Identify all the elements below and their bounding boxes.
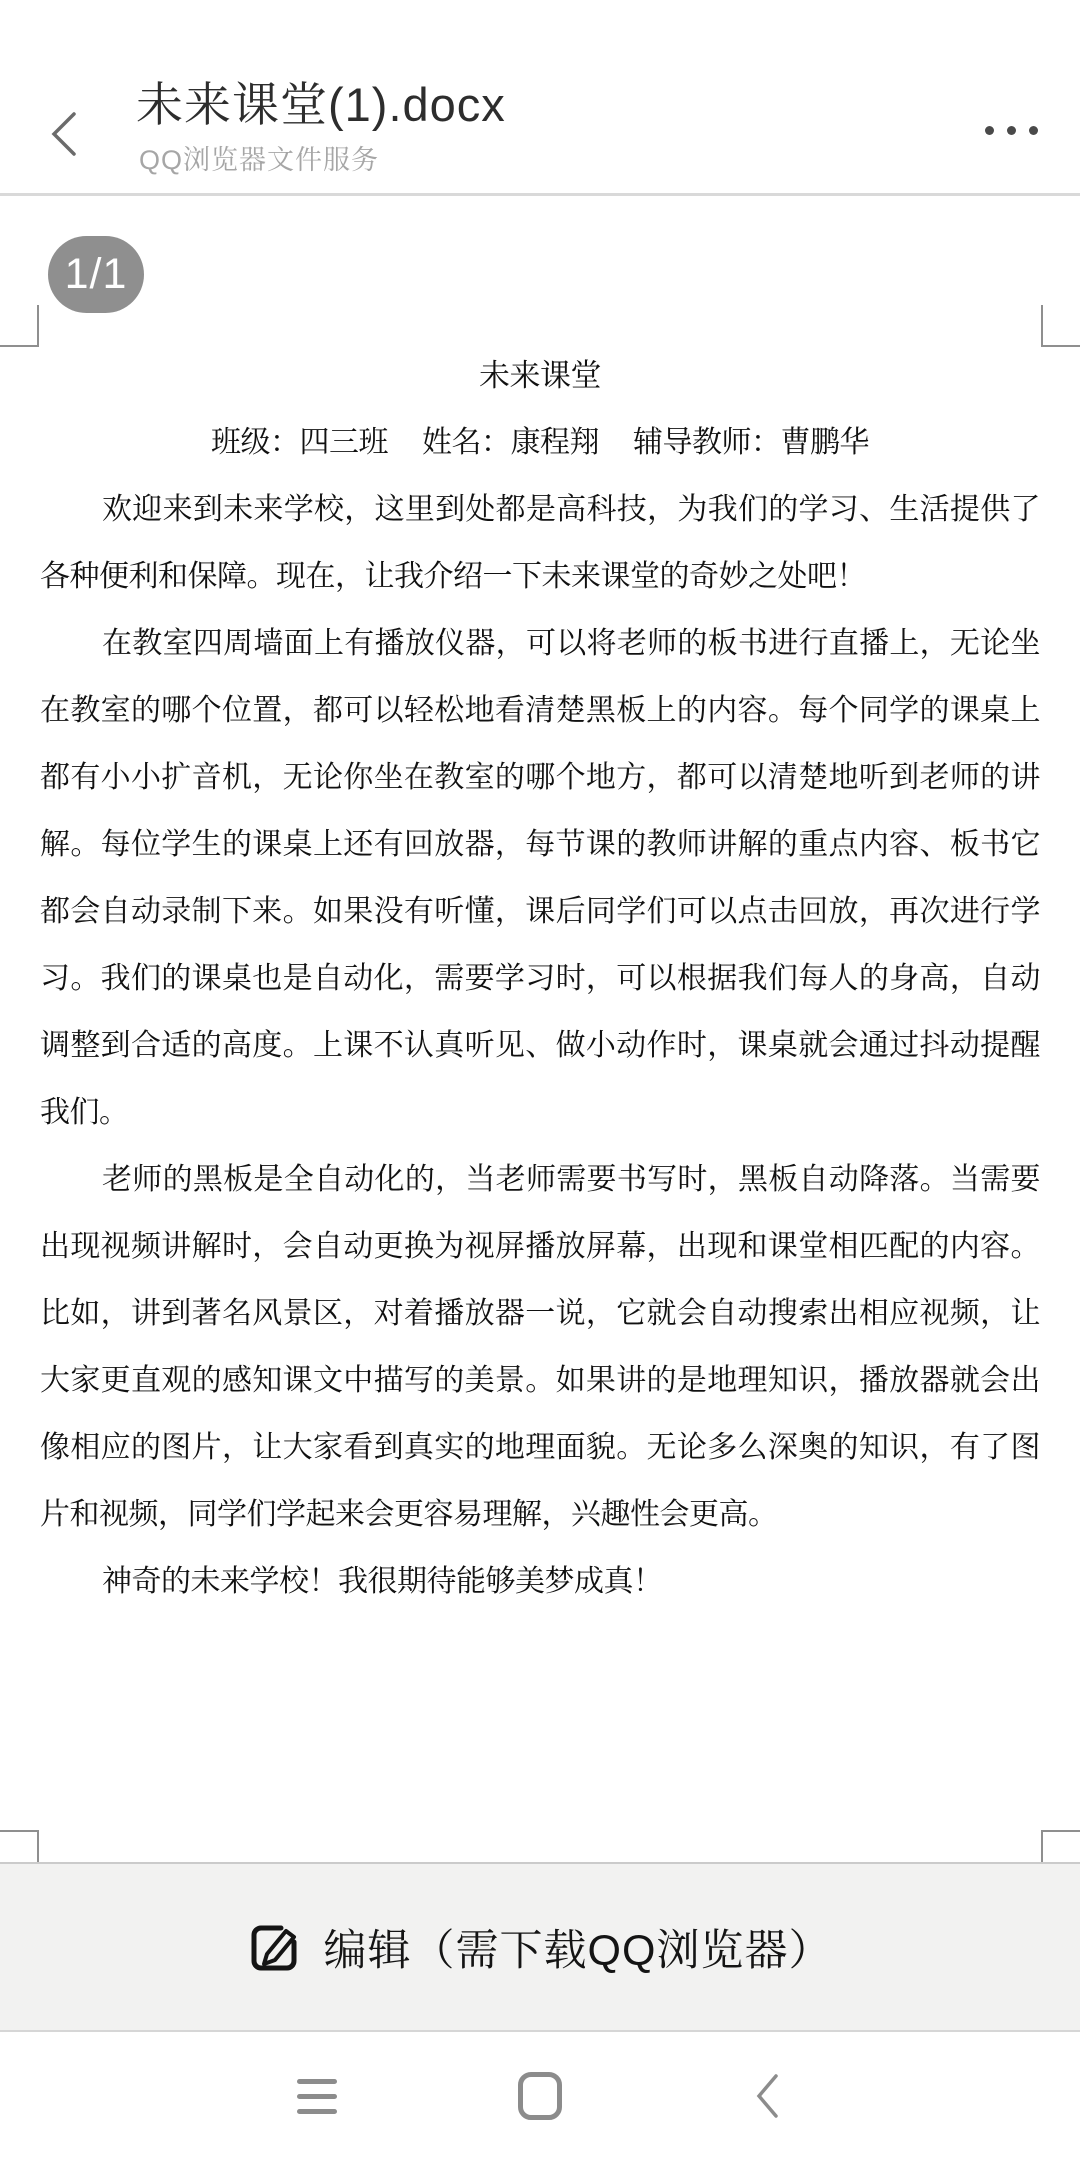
header: 未来课堂(1).docx QQ浏览器文件服务 xyxy=(0,0,1080,196)
android-nav-bar xyxy=(0,2032,1080,2160)
edit-button[interactable]: 编辑（需下载QQ浏览器） xyxy=(0,1862,1080,2032)
file-service-subtitle: QQ浏览器文件服务 xyxy=(139,144,379,176)
document-paragraphs: 欢迎来到未来学校，这里到处都是高科技，为我们的学习、生活提供了各种便利和保障。现… xyxy=(40,476,1040,1615)
document-paragraph: 在教室四周墙面上有播放仪器，可以将老师的板书进行直播上，无论坐在教室的哪个位置，… xyxy=(40,610,1040,1146)
more-menu-button[interactable] xyxy=(983,120,1040,141)
nav-recents-button[interactable] xyxy=(297,2079,337,2114)
nav-chevron-left-icon xyxy=(752,2107,782,2124)
ellipsis-icon xyxy=(985,126,994,135)
document-byline: 班级：四三班姓名：康程翔辅导教师：曹鹏华 xyxy=(40,409,1040,476)
page-corner-mark-top-left xyxy=(0,305,39,347)
edit-button-label: 编辑（需下载QQ浏览器） xyxy=(324,1917,833,1978)
document-paragraph: 老师的黑板是全自动化的，当老师需要书写时，黑板自动降落。当需要出现视频讲解时，会… xyxy=(40,1146,1040,1548)
byline-segment: 辅导教师：曹鹏华 xyxy=(633,409,869,476)
nav-home-button[interactable] xyxy=(518,2072,562,2120)
file-title: 未来课堂(1).docx xyxy=(136,78,506,132)
recents-icon xyxy=(297,2079,337,2114)
document-paragraph: 欢迎来到未来学校，这里到处都是高科技，为我们的学习、生活提供了各种便利和保障。现… xyxy=(40,476,1040,610)
page-corner-mark-bottom-right xyxy=(1041,1830,1080,1863)
page-indicator-badge: 1/1 xyxy=(48,236,144,313)
page-corner-mark-bottom-left xyxy=(0,1830,39,1863)
byline-segment: 姓名：康程翔 xyxy=(422,409,599,476)
document-paragraph: 神奇的未来学校！我很期待能够美梦成真！ xyxy=(40,1548,1040,1615)
edit-pencil-icon[interactable] xyxy=(248,1917,302,1978)
document-page[interactable]: 未来课堂 班级：四三班姓名：康程翔辅导教师：曹鹏华 欢迎来到未来学校，这里到处都… xyxy=(40,342,1040,1615)
nav-back-button[interactable] xyxy=(752,2072,782,2125)
byline-segment: 班级：四三班 xyxy=(211,409,388,476)
page-corner-mark-top-right xyxy=(1041,305,1080,347)
back-button[interactable] xyxy=(44,108,82,160)
document-title: 未来课堂 xyxy=(40,342,1040,409)
chevron-left-icon xyxy=(44,147,82,164)
